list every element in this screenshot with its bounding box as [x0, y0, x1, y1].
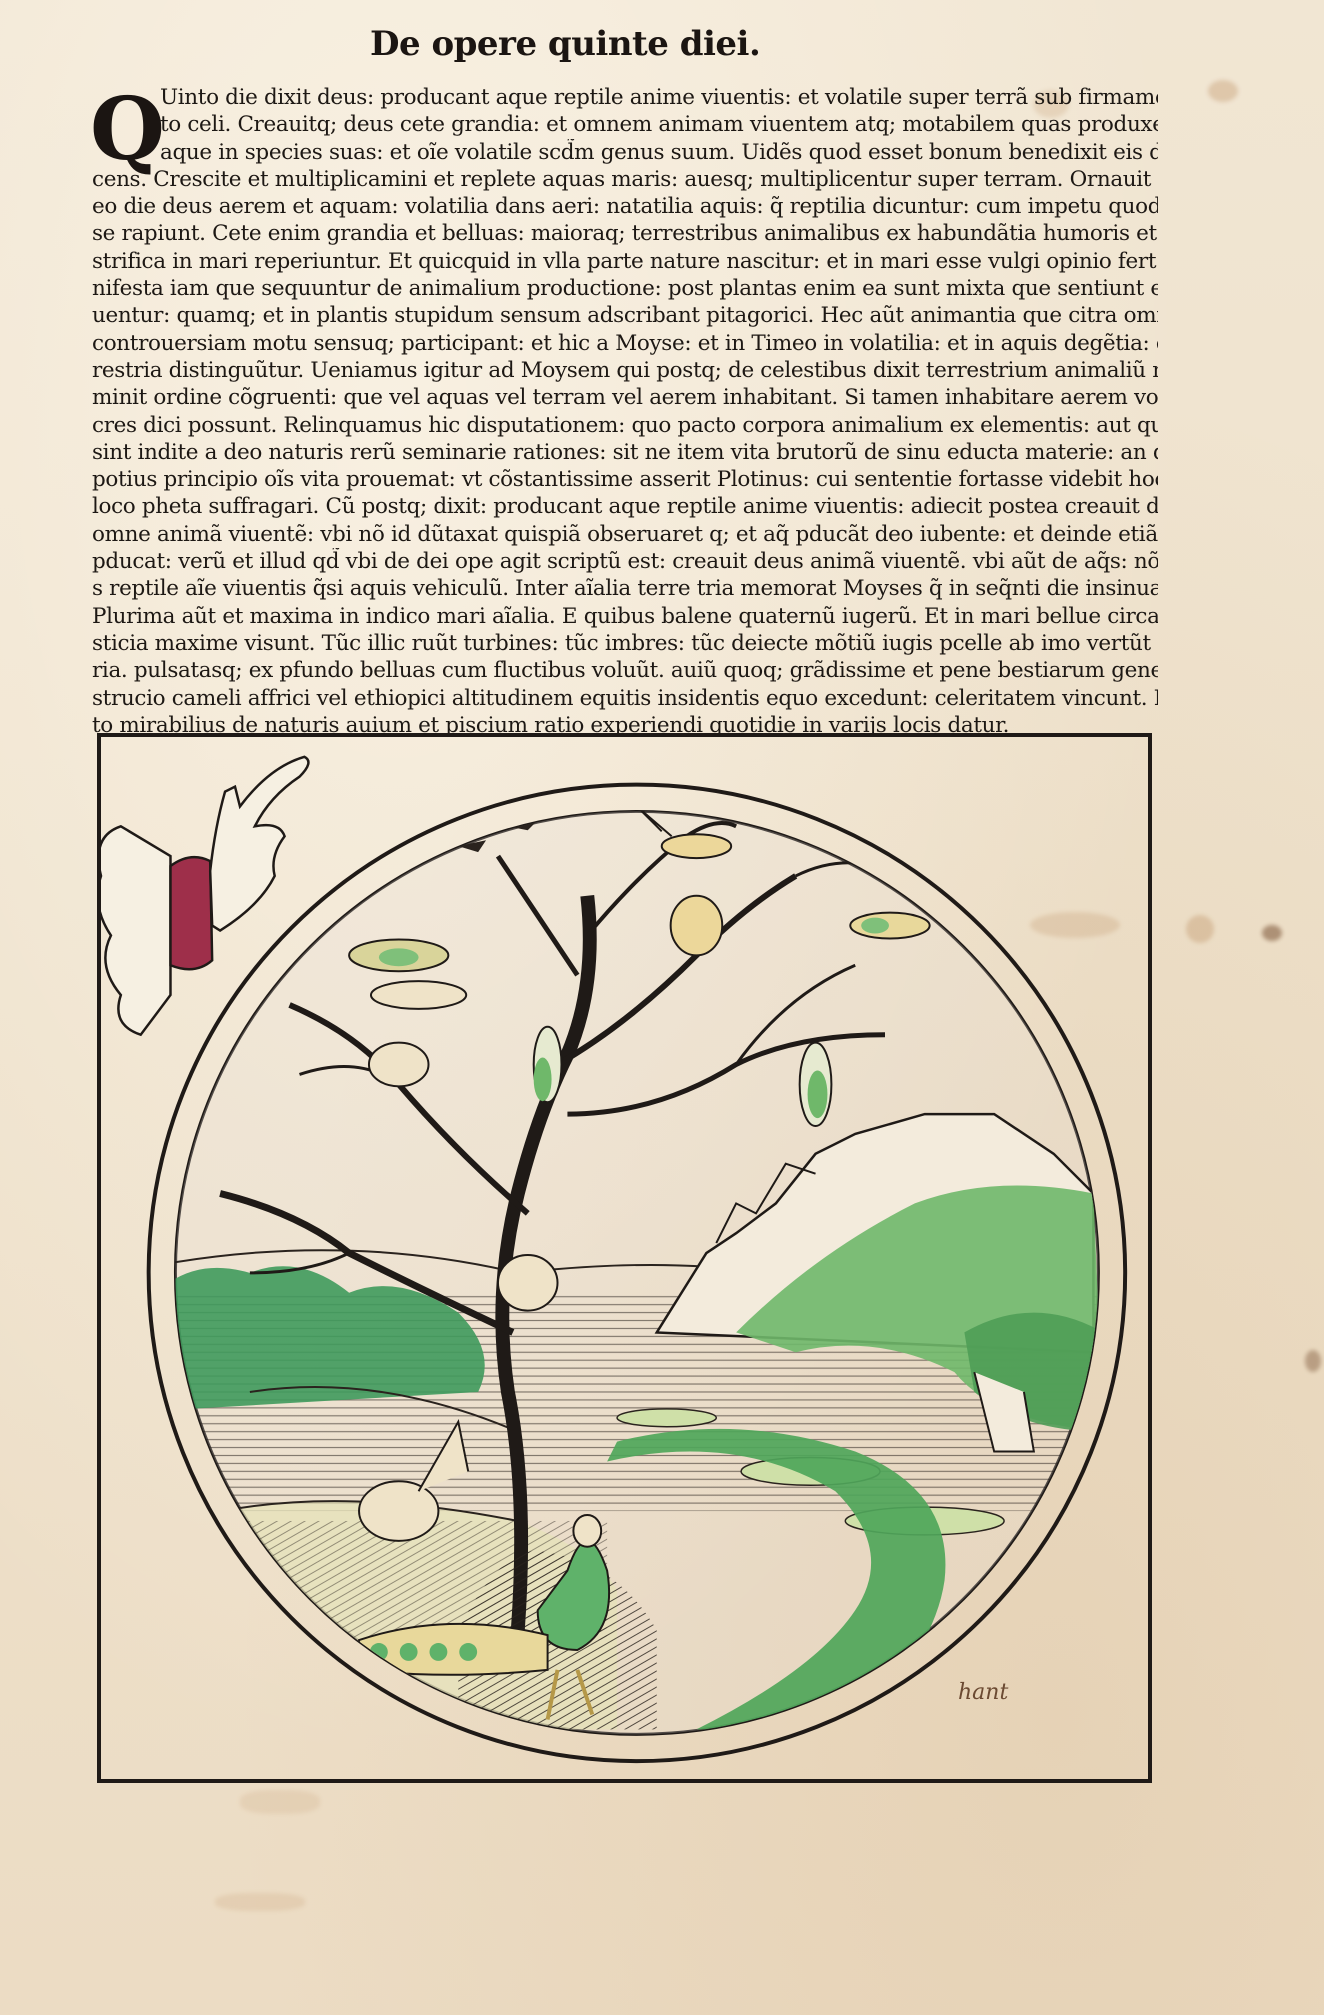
woodcut-illustration — [101, 737, 1148, 1779]
woodcut-frame — [97, 733, 1152, 1783]
text-line: to celi. Creauitq; deus cete grandia: et… — [92, 111, 1158, 138]
text-line: uentur: quamq; et in plantis stupidum se… — [92, 302, 1158, 329]
text-line: strifica in mari reperiuntur. Et quicqui… — [92, 248, 1158, 275]
text-line: ria. pulsatasq; ex pfundo belluas cum fl… — [92, 657, 1158, 684]
text-line: loco pheta suffragari. Cũ postq; dixit: … — [92, 493, 1158, 520]
page-heading: De opere quinte diei. — [370, 24, 730, 64]
bird-icon — [800, 1043, 832, 1126]
text-line: nifesta iam que sequuntur de animalium p… — [92, 275, 1158, 302]
text-line: sticia maxime visunt. Tũc illic ruũt tur… — [92, 630, 1158, 657]
signature: hant — [958, 1680, 1008, 1705]
foxing-stain — [1186, 915, 1214, 943]
text-line: sint indite a deo naturis rerũ seminarie… — [92, 439, 1158, 466]
cloud-icon — [101, 826, 170, 1034]
red-sleeve — [170, 857, 212, 969]
text-line: strucio cameli affrici vel ethiopici alt… — [92, 685, 1158, 712]
manuscript-page: De opere quinte diei. Q Uinto die dixit … — [0, 0, 1324, 2015]
bird-icon — [671, 896, 723, 956]
text-line: s reptile aĩe viuentis q̃si aquis vehicu… — [92, 575, 1158, 602]
text-line: potius principio oĩs vita prouemat: vt c… — [92, 466, 1158, 493]
bird-icon — [850, 913, 929, 939]
bird-icon — [369, 1043, 429, 1087]
foxing-stain — [1262, 925, 1282, 941]
text-line: restria distinguũtur. Ueniamus igitur ad… — [92, 357, 1158, 384]
drop-cap: Q — [90, 88, 154, 172]
text-line: Uinto die dixit deus: producant aque rep… — [92, 84, 1158, 111]
foxing-stain — [1305, 1350, 1321, 1372]
text-line: cens. Crescite et multiplicamini et repl… — [92, 166, 1158, 193]
bird-icon — [534, 1027, 562, 1102]
foxing-stain — [1208, 80, 1238, 102]
foxing-stain — [240, 1790, 320, 1814]
text-line: eo die deus aerem et aquam: volatilia da… — [92, 193, 1158, 220]
text-line: Plurima aũt et maxima in indico mari aĩa… — [92, 603, 1158, 630]
text-line: se rapiunt. Cete enim grandia et belluas… — [92, 220, 1158, 247]
text-line: controuersiam motu sensuq; participant: … — [92, 330, 1158, 357]
text-line: pducat: verũ et illud qd̃ vbi de dei ope… — [92, 548, 1158, 575]
text-line: cres dici possunt. Relinquamus hic dispu… — [92, 412, 1158, 439]
text-line: minit ordine cõgruenti: que vel aquas ve… — [92, 384, 1158, 411]
body-text: Q Uinto die dixit deus: producant aque r… — [92, 84, 1158, 739]
foxing-stain — [215, 1893, 305, 1911]
bird-icon — [498, 1255, 558, 1311]
text-line: omne animã viuentẽ: vbi nõ id dũtaxat qu… — [92, 521, 1158, 548]
text-line: aque in species suas: et oĩe volatile sc… — [92, 139, 1158, 166]
